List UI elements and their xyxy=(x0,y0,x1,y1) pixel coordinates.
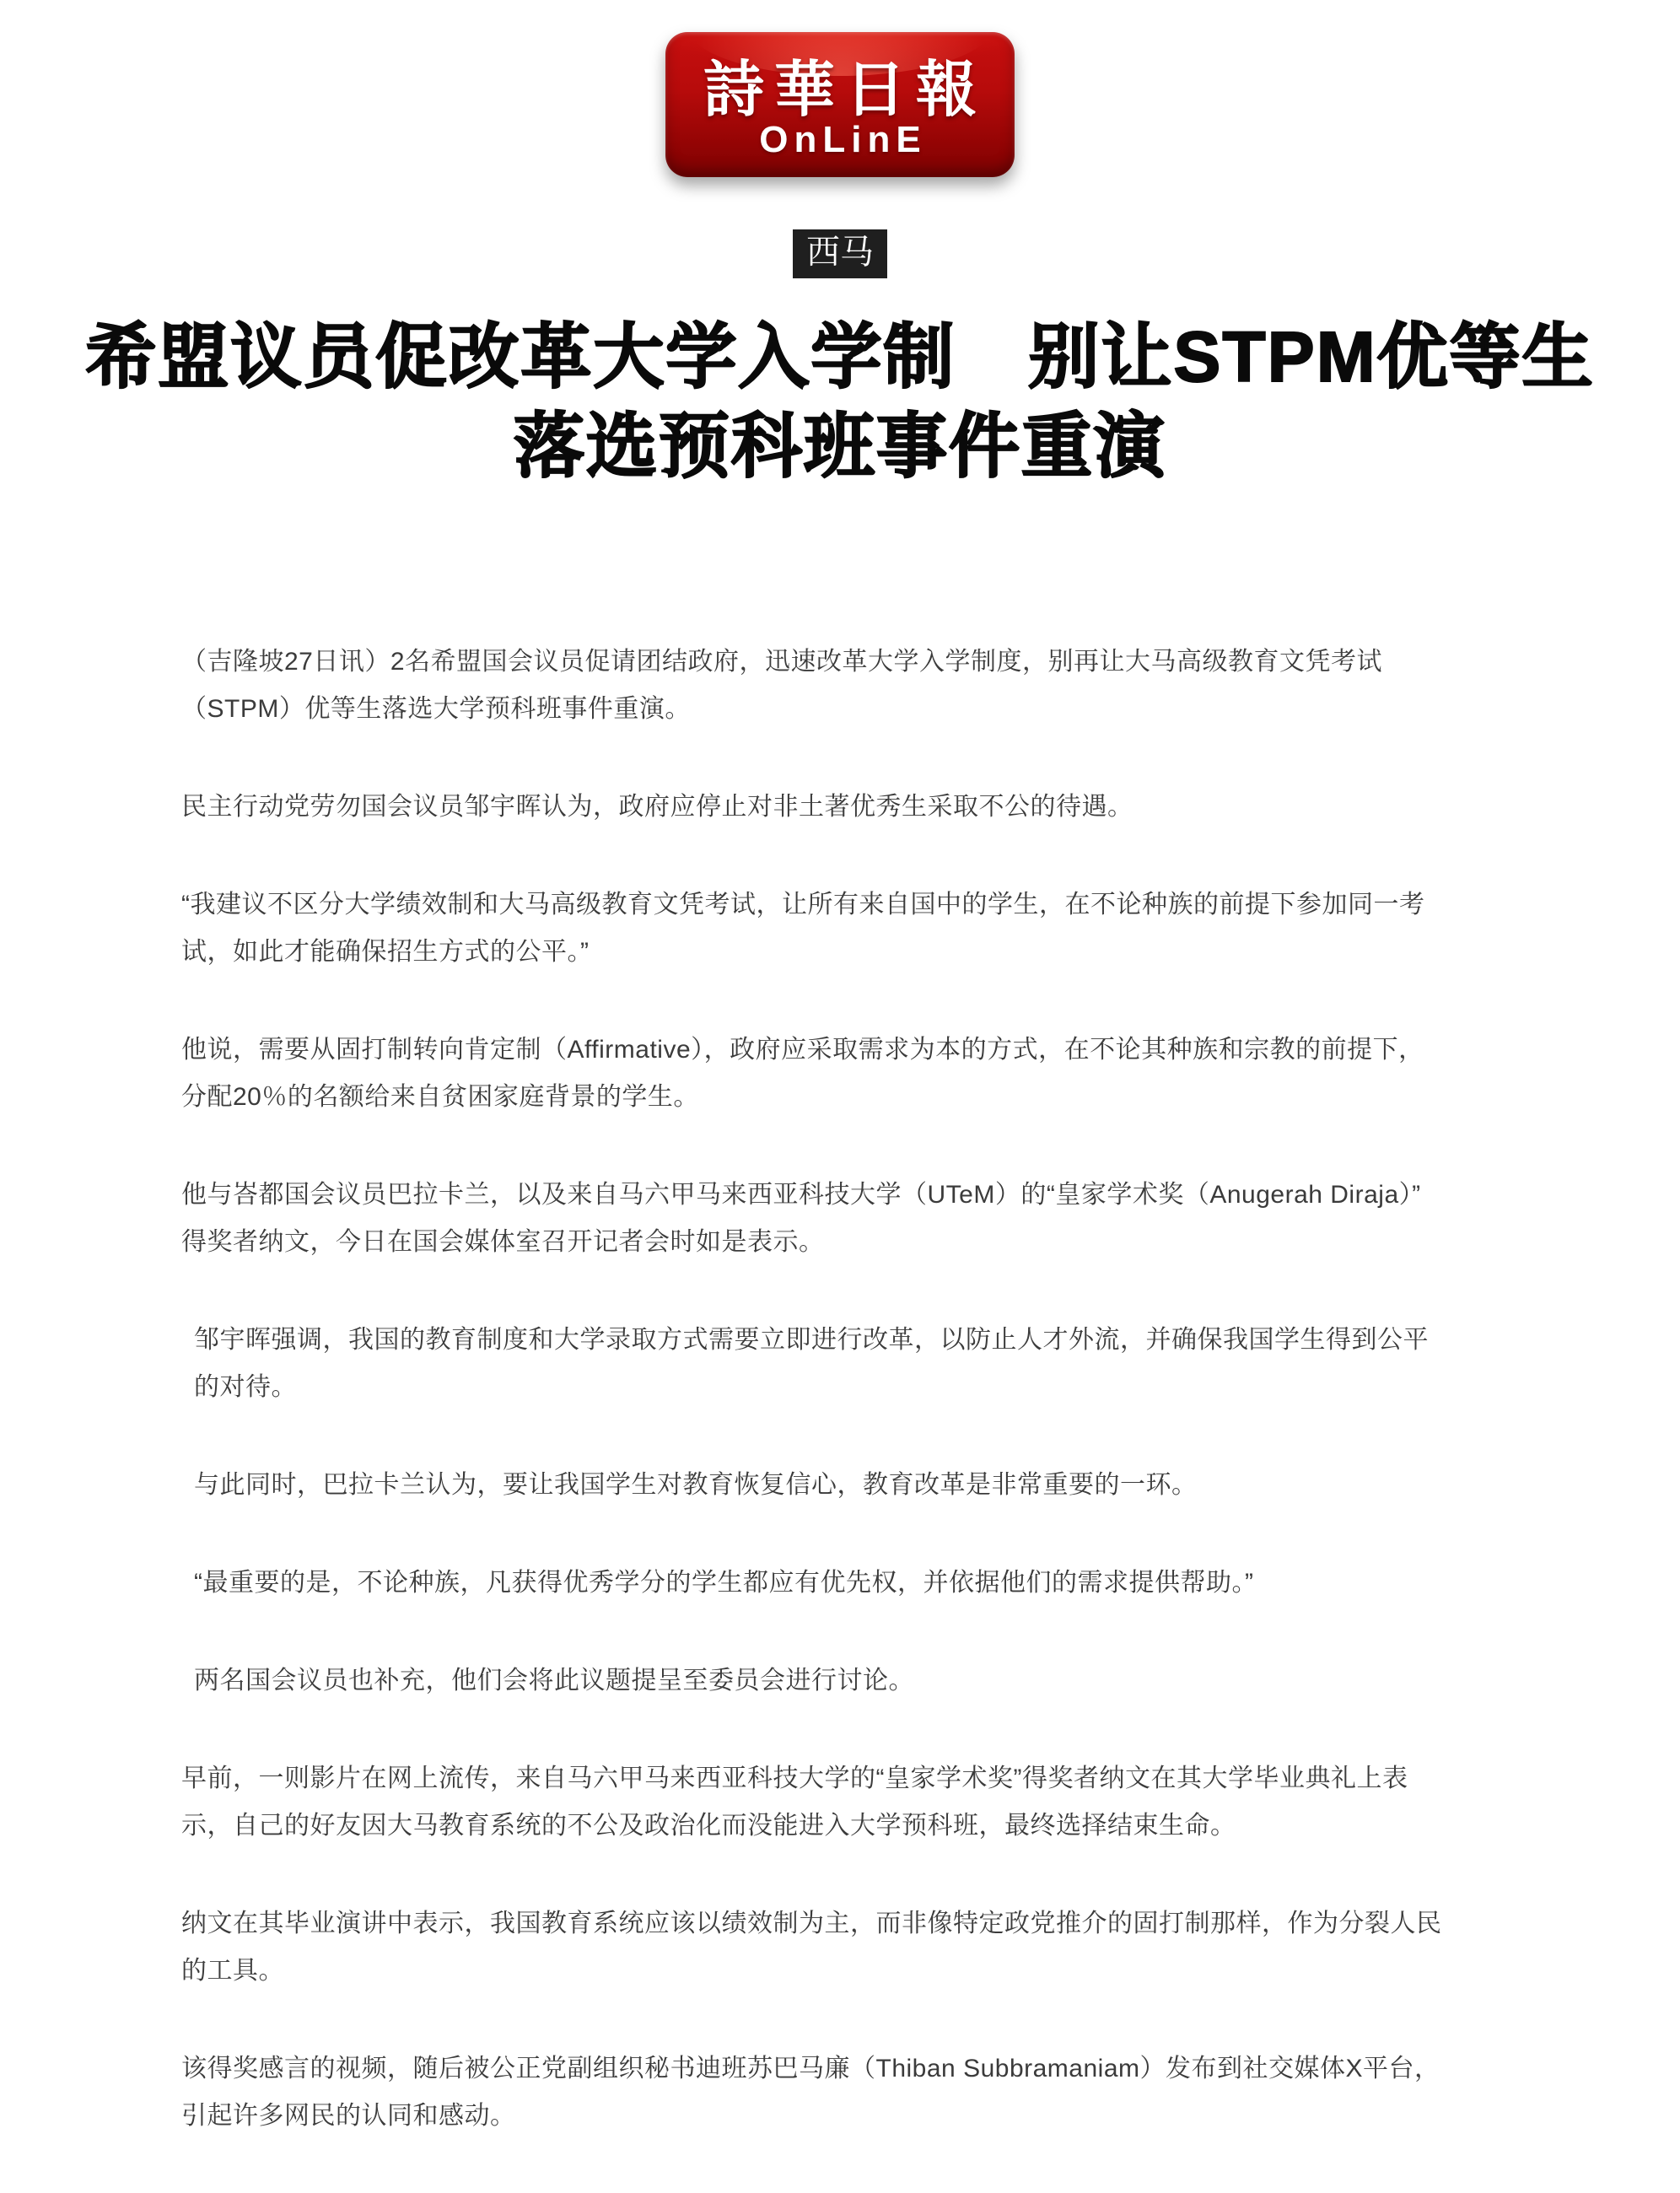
article-title-line-2: 落选预科班事件重演 xyxy=(20,401,1660,491)
article-paragraph: 纳文在其毕业演讲中表示，我国教育系统应该以绩效制为主，而非像特定政党推介的固打制… xyxy=(181,1900,1446,1995)
article-paragraph: “我建议不区分大学绩效制和大马高级教育文凭考试，让所有来自国中的学生，在不论种族… xyxy=(181,881,1446,976)
logo-chinese-text: 詩華日報 xyxy=(703,59,987,120)
logo-online-text: OnLinE xyxy=(759,121,926,159)
site-logo[interactable]: 詩華日報 OnLinE xyxy=(665,32,1015,177)
masthead: 詩華日報 OnLinE 西马 xyxy=(0,0,1680,278)
article-paragraph: 邹宇晖强调，我国的教育制度和大学录取方式需要立即进行改革，以防止人才外流，并确保… xyxy=(181,1317,1446,1411)
article-paragraph: （吉隆坡27日讯）2名希盟国会议员促请团结政府，迅速改革大学入学制度，别再让大马… xyxy=(181,639,1446,733)
article-paragraph: 他说，需要从固打制转向肯定制（Affirmative），政府应采取需求为本的方式… xyxy=(181,1026,1446,1121)
category-badge[interactable]: 西马 xyxy=(793,229,887,278)
article-paragraph: “最重要的是，不论种族，凡获得优秀学分的学生都应有优先权，并依据他们的需求提供帮… xyxy=(181,1560,1446,1607)
article-paragraph: 早前，一则影片在网上流传，来自马六甲马来西亚科技大学的“皇家学术奖”得奖者纳文在… xyxy=(181,1755,1446,1850)
article-paragraph: 与此同时，巴拉卡兰认为，要让我国学生对教育恢复信心，教育改革是非常重要的一环。 xyxy=(181,1462,1446,1509)
article-paragraph: 该得奖感言的视频，随后被公正党副组织秘书迪班苏巴马廉（Thiban Subbra… xyxy=(181,2045,1446,2140)
article-body: （吉隆坡27日讯）2名希盟国会议员促请团结政府，迅速改革大学入学制度，别再让大马… xyxy=(181,639,1446,2140)
category-badge-row: 西马 xyxy=(0,229,1680,278)
article-paragraph: 两名国会议员也补充，他们会将此议题提呈至委员会进行讨论。 xyxy=(181,1657,1446,1705)
article-paragraph: 他与峇都国会议员巴拉卡兰，以及来自马六甲马来西亚科技大学（UTeM）的“皇家学术… xyxy=(181,1172,1446,1266)
article-paragraph: 民主行动党劳勿国会议员邹宇晖认为，政府应停止对非土著优秀生采取不公的待遇。 xyxy=(181,784,1446,831)
article-title: 希盟议员促改革大学入学制 别让STPM优等生 落选预科班事件重演 xyxy=(20,312,1660,491)
article-title-line-1: 希盟议员促改革大学入学制 别让STPM优等生 xyxy=(20,312,1660,401)
